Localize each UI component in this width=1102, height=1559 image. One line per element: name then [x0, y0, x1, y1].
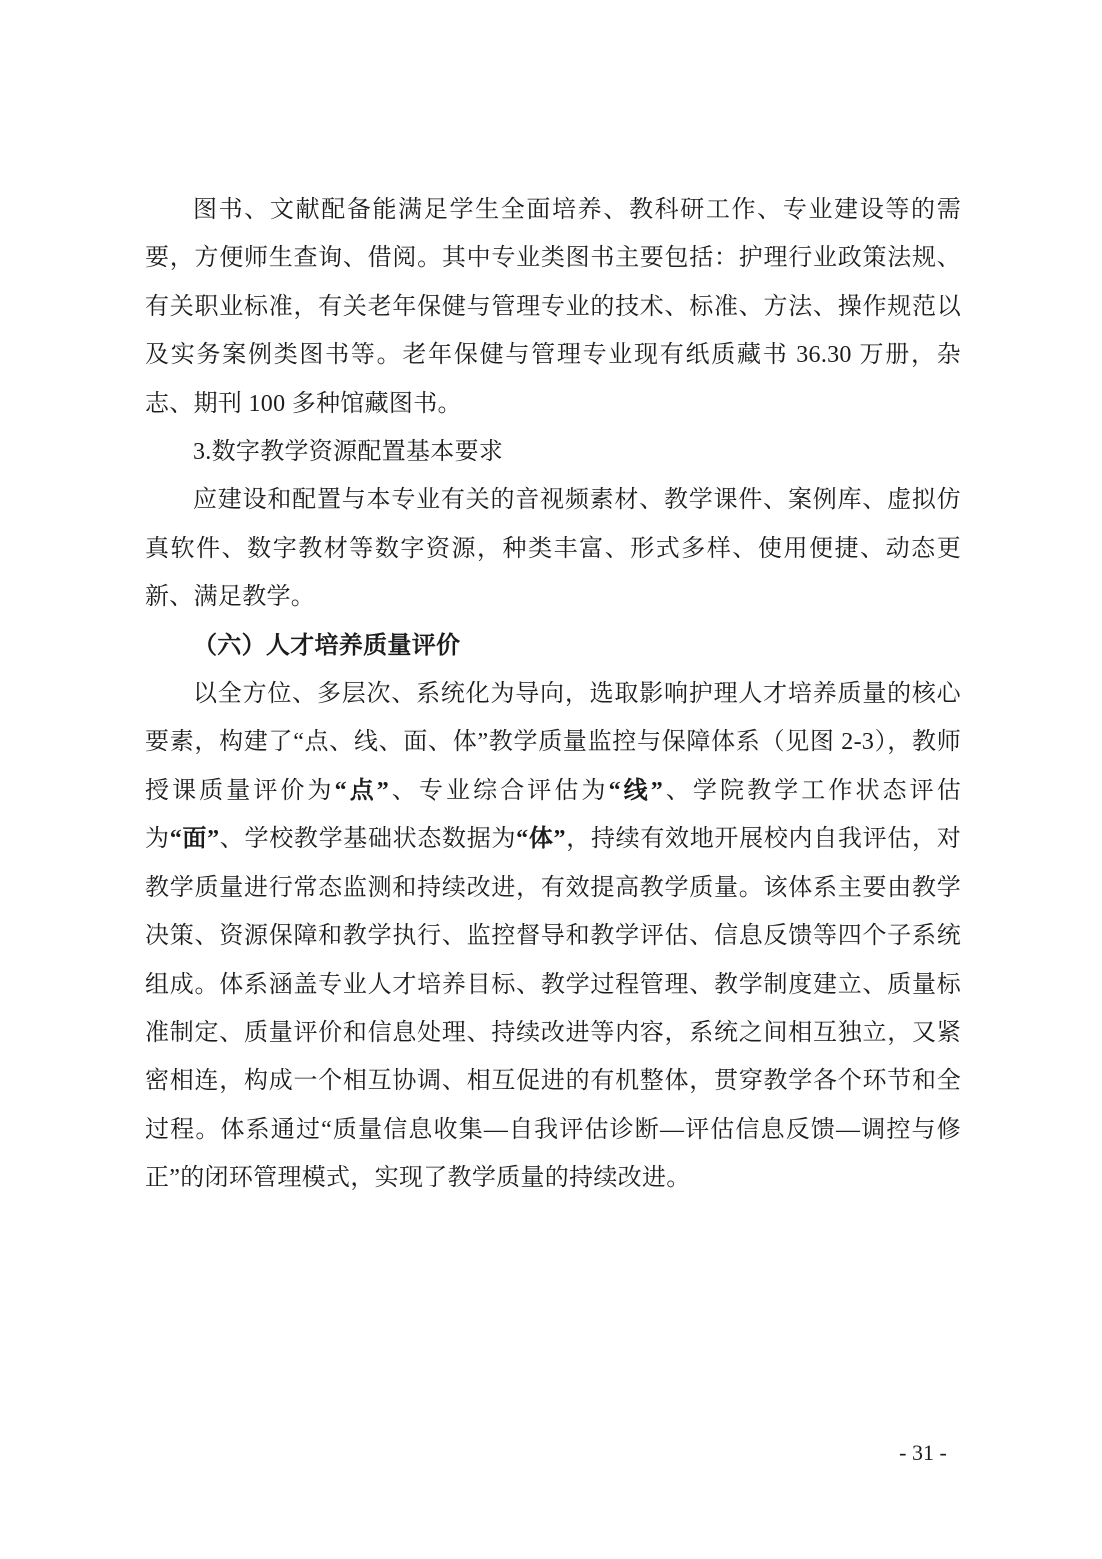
bold-text-run: （六）人才培养质量评价: [193, 633, 460, 659]
bold-text-run: “体”: [516, 826, 566, 852]
text-run: 、专业综合评估为: [389, 778, 608, 804]
bold-text-run: “面”: [170, 826, 220, 852]
document-content: 图书、文献配备能满足学生全面培养、教科研工作、专业建设等的需要，方便师生查询、借…: [145, 186, 961, 1203]
paragraph: 应建设和配置与本专业有关的音视频素材、教学课件、案例库、虚拟仿真软件、数字教材等…: [145, 476, 961, 621]
paragraph: 图书、文献配备能满足学生全面培养、教科研工作、专业建设等的需要，方便师生查询、借…: [145, 186, 961, 428]
text-run: 图书、文献配备能满足学生全面培养、教科研工作、专业建设等的需要，方便师生查询、借…: [145, 197, 961, 417]
text-run: ，持续有效地开展校内自我评估，对教学质量进行常态监测和持续改进，有效提高教学质量…: [145, 826, 961, 1191]
paragraph: 以全方位、多层次、系统化为导向，选取影响护理人才培养质量的核心要素，构建了“点、…: [145, 670, 961, 1202]
page-number: - 31 -: [868, 1440, 978, 1466]
text-run: 、学校教学基础状态数据为: [219, 826, 516, 852]
text-run: 3.数字教学资源配置基本要求: [193, 439, 503, 465]
paragraph: 3.数字教学资源配置基本要求: [145, 428, 961, 476]
document-page: 图书、文献配备能满足学生全面培养、教科研工作、专业建设等的需要，方便师生查询、借…: [0, 0, 1102, 1559]
text-run: 应建设和配置与本专业有关的音视频素材、教学课件、案例库、虚拟仿真软件、数字教材等…: [145, 487, 961, 610]
section-heading: （六）人才培养质量评价: [145, 622, 961, 670]
bold-text-run: “线”: [609, 778, 663, 804]
bold-text-run: “点”: [335, 778, 389, 804]
